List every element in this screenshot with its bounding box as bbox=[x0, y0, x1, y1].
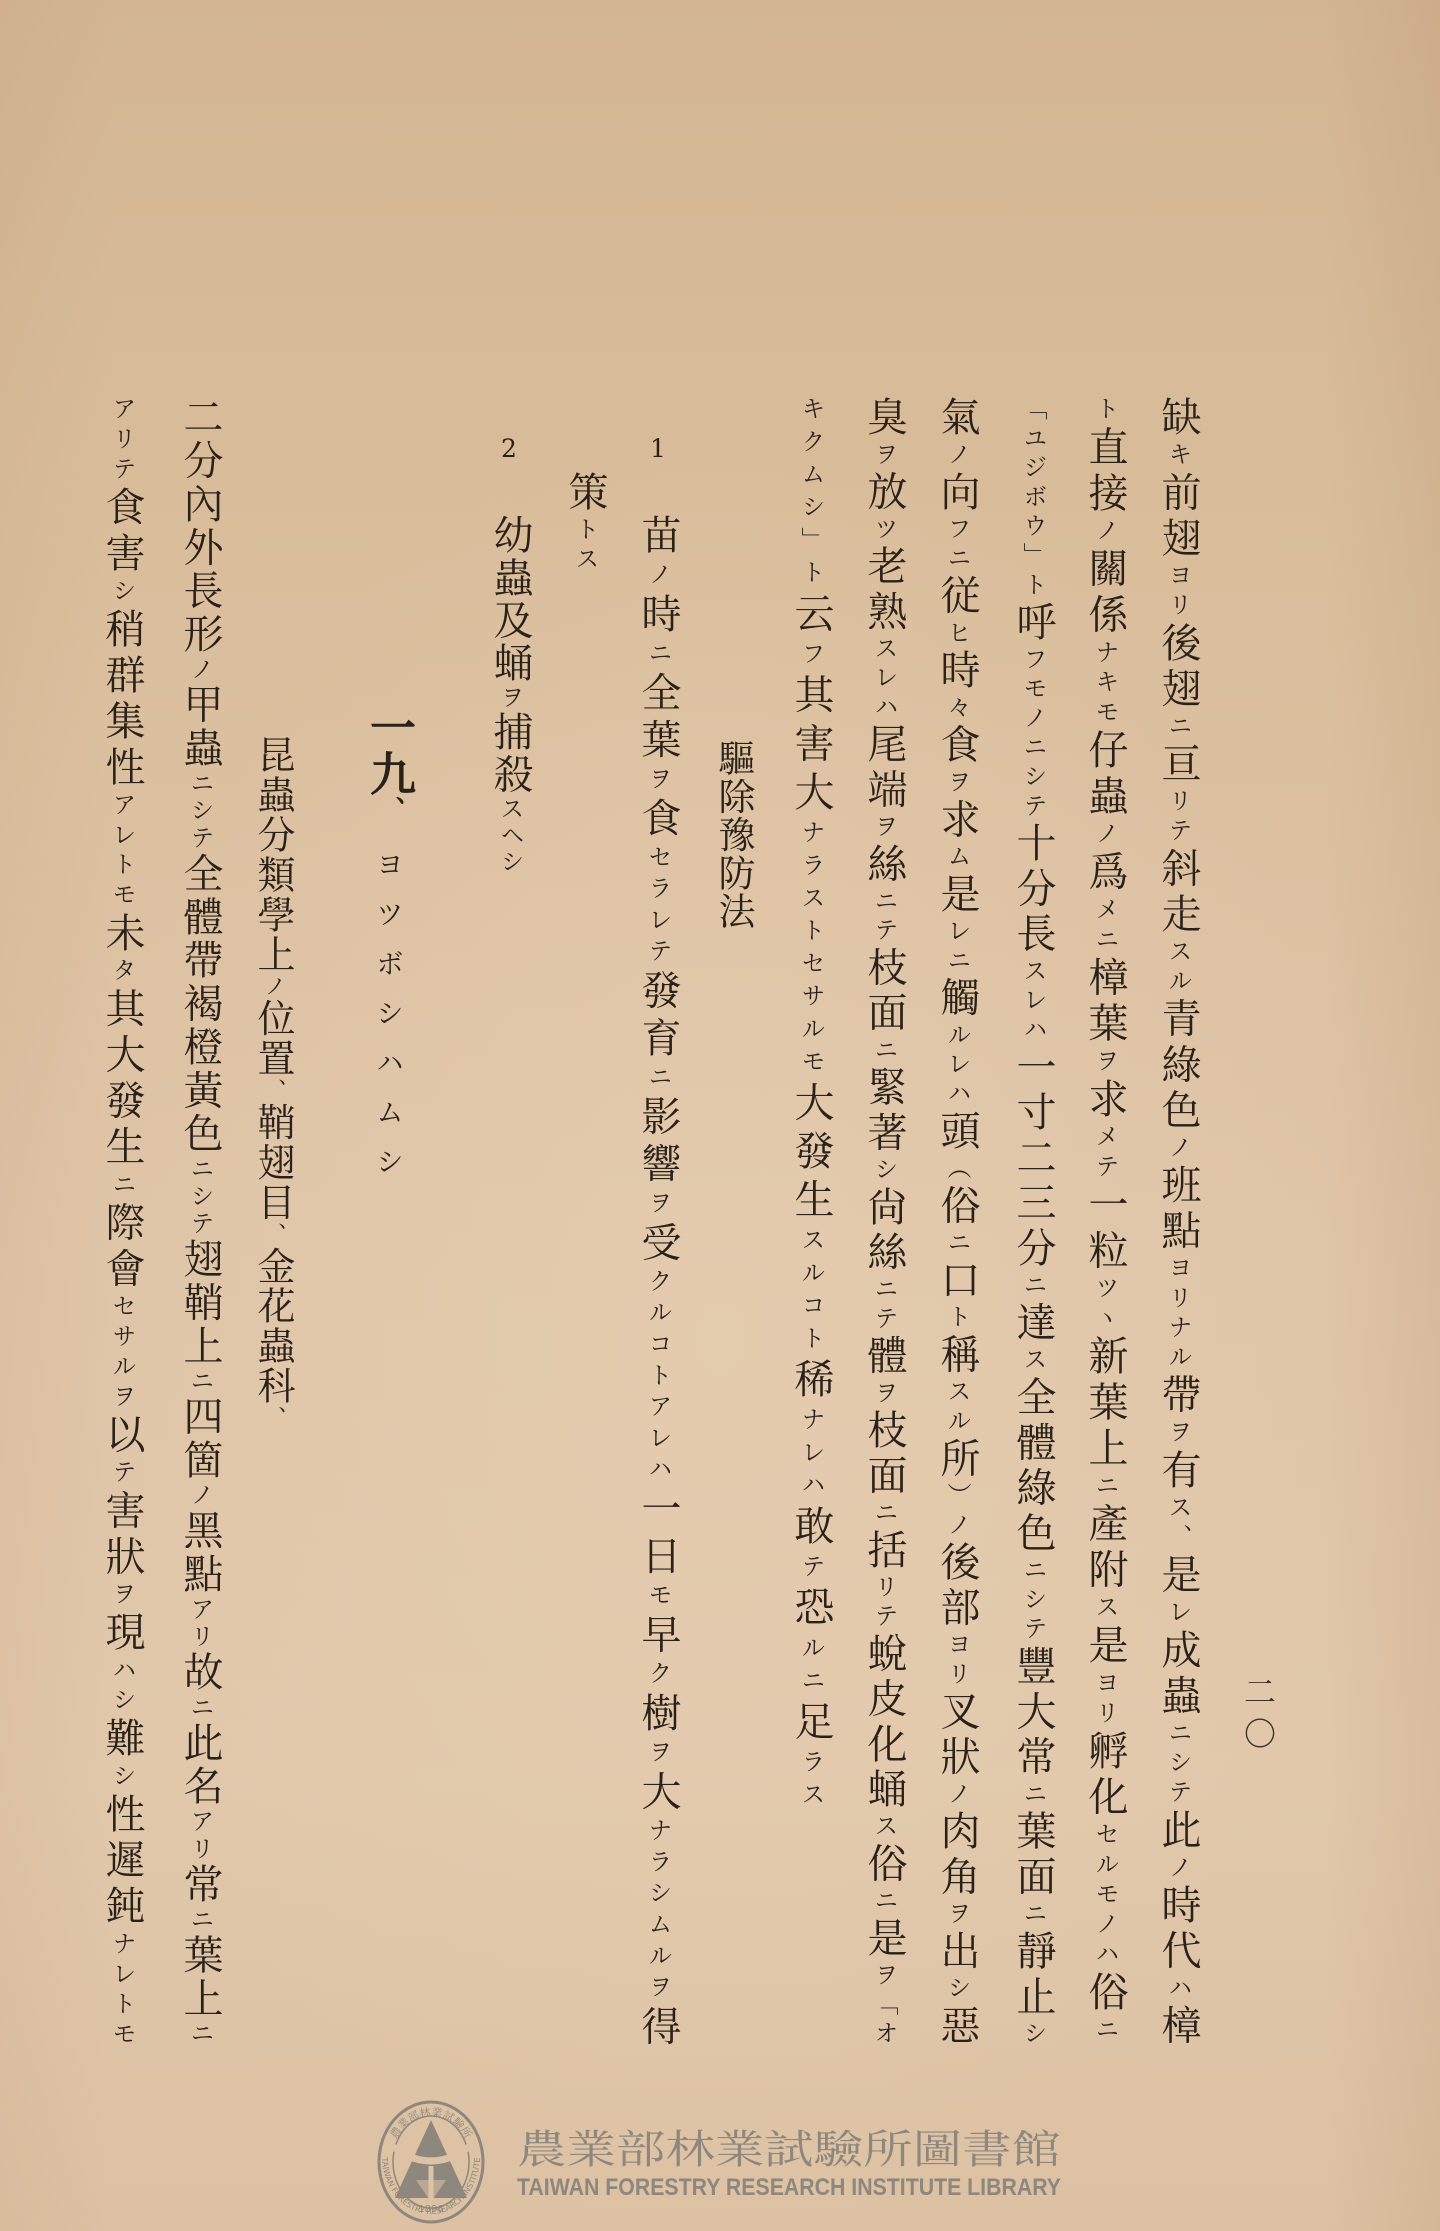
section-column-2: アリテ食害シ稍群集性アレトモ未タ其大發生ニ際會セサルヲ以テ害狀ヲ現ハシ難シ性遲鈍… bbox=[100, 396, 144, 2044]
library-watermark: 農業部林業試驗所 TAIWAN FORESTRY RESEARCH INSTIT… bbox=[370, 2090, 1090, 2231]
list-item-number-2: 2 bbox=[497, 436, 521, 462]
logo-year: 1896 bbox=[418, 2204, 443, 2215]
section-classification: 昆蟲分類學上ノ位置、鞘翅目、金花蟲科、 bbox=[251, 735, 295, 1428]
library-logo-icon: 農業部林業試驗所 TAIWAN FORESTRY RESEARCH INSTIT… bbox=[379, 2102, 483, 2222]
library-name-zh: 農業部林業試驗所圖書館 bbox=[517, 2127, 1061, 2173]
body-column-6: キクムシ」ト云フ其害大ナラストセサルモ大發生スルコト稀ナレハ敢テ恐ルニ足ラス bbox=[789, 396, 833, 1805]
list-item-number-1: 1 bbox=[646, 436, 670, 462]
list-item-1-continuation: 策トス bbox=[563, 471, 607, 570]
list-item-2-text: 幼蟲及蛹ヲ捕殺スヘシ bbox=[488, 514, 532, 873]
section-column-1: 二分內外長形ノ甲蟲ニシテ全體帶褐橙黃色ニシテ翅鞘上ニ四箇ノ黑點アリ故ニ此名アリ常… bbox=[178, 396, 222, 2044]
body-column-3: 「ユジボウ」ト呼フモノニシテ十分長スレハ一寸二三分ニ達ス全體綠色ニシテ豐大常ニ葉… bbox=[1011, 396, 1055, 2044]
body-column-5: 臭ヲ放ツ老熟スレハ尾端ヲ絲ニテ枝面ニ緊著シ尙絲ニテ體ヲ枝面ニ括リテ蛻皮化蛹ス俗ニ… bbox=[862, 396, 906, 2044]
section-title: ヨツボシハムシ bbox=[366, 850, 410, 1175]
control-methods-heading: 驅除豫防法 bbox=[711, 739, 755, 929]
page-number: 二〇 bbox=[1240, 1675, 1276, 1749]
body-column-4: 氣ノ向フニ従ヒ時々食ヲ求ム是レニ觸ルレハ頭（俗ニ口ト稱スル所）ノ後部ヨリ叉狀ノ肉… bbox=[935, 396, 979, 2044]
library-name-en: TAIWAN FORESTRY RESEARCH INSTITUTE LIBRA… bbox=[517, 2174, 1061, 2201]
body-column-1: 缺キ前翅ヨリ後翅ニ亘リテ斜走スル青綠色ノ班點ヨリナル帶ヲ有ス、是レ成蟲ニシテ此ノ… bbox=[1156, 396, 1200, 2044]
section-number: 一九、 bbox=[364, 704, 416, 822]
list-item-1-text: 苗ノ時ニ全葉ヲ食セラレテ發育ニ影響ヲ受クルコトアレハ一日モ早ク樹ヲ大ナラシムルヲ… bbox=[636, 514, 680, 2045]
body-column-2: ト直接ノ關係ナキモ仔蟲ノ爲メニ樟葉ヲ求メテ一粒ツヽ新葉上ニ產附ス是ヨリ孵化セルモ… bbox=[1083, 396, 1127, 2040]
